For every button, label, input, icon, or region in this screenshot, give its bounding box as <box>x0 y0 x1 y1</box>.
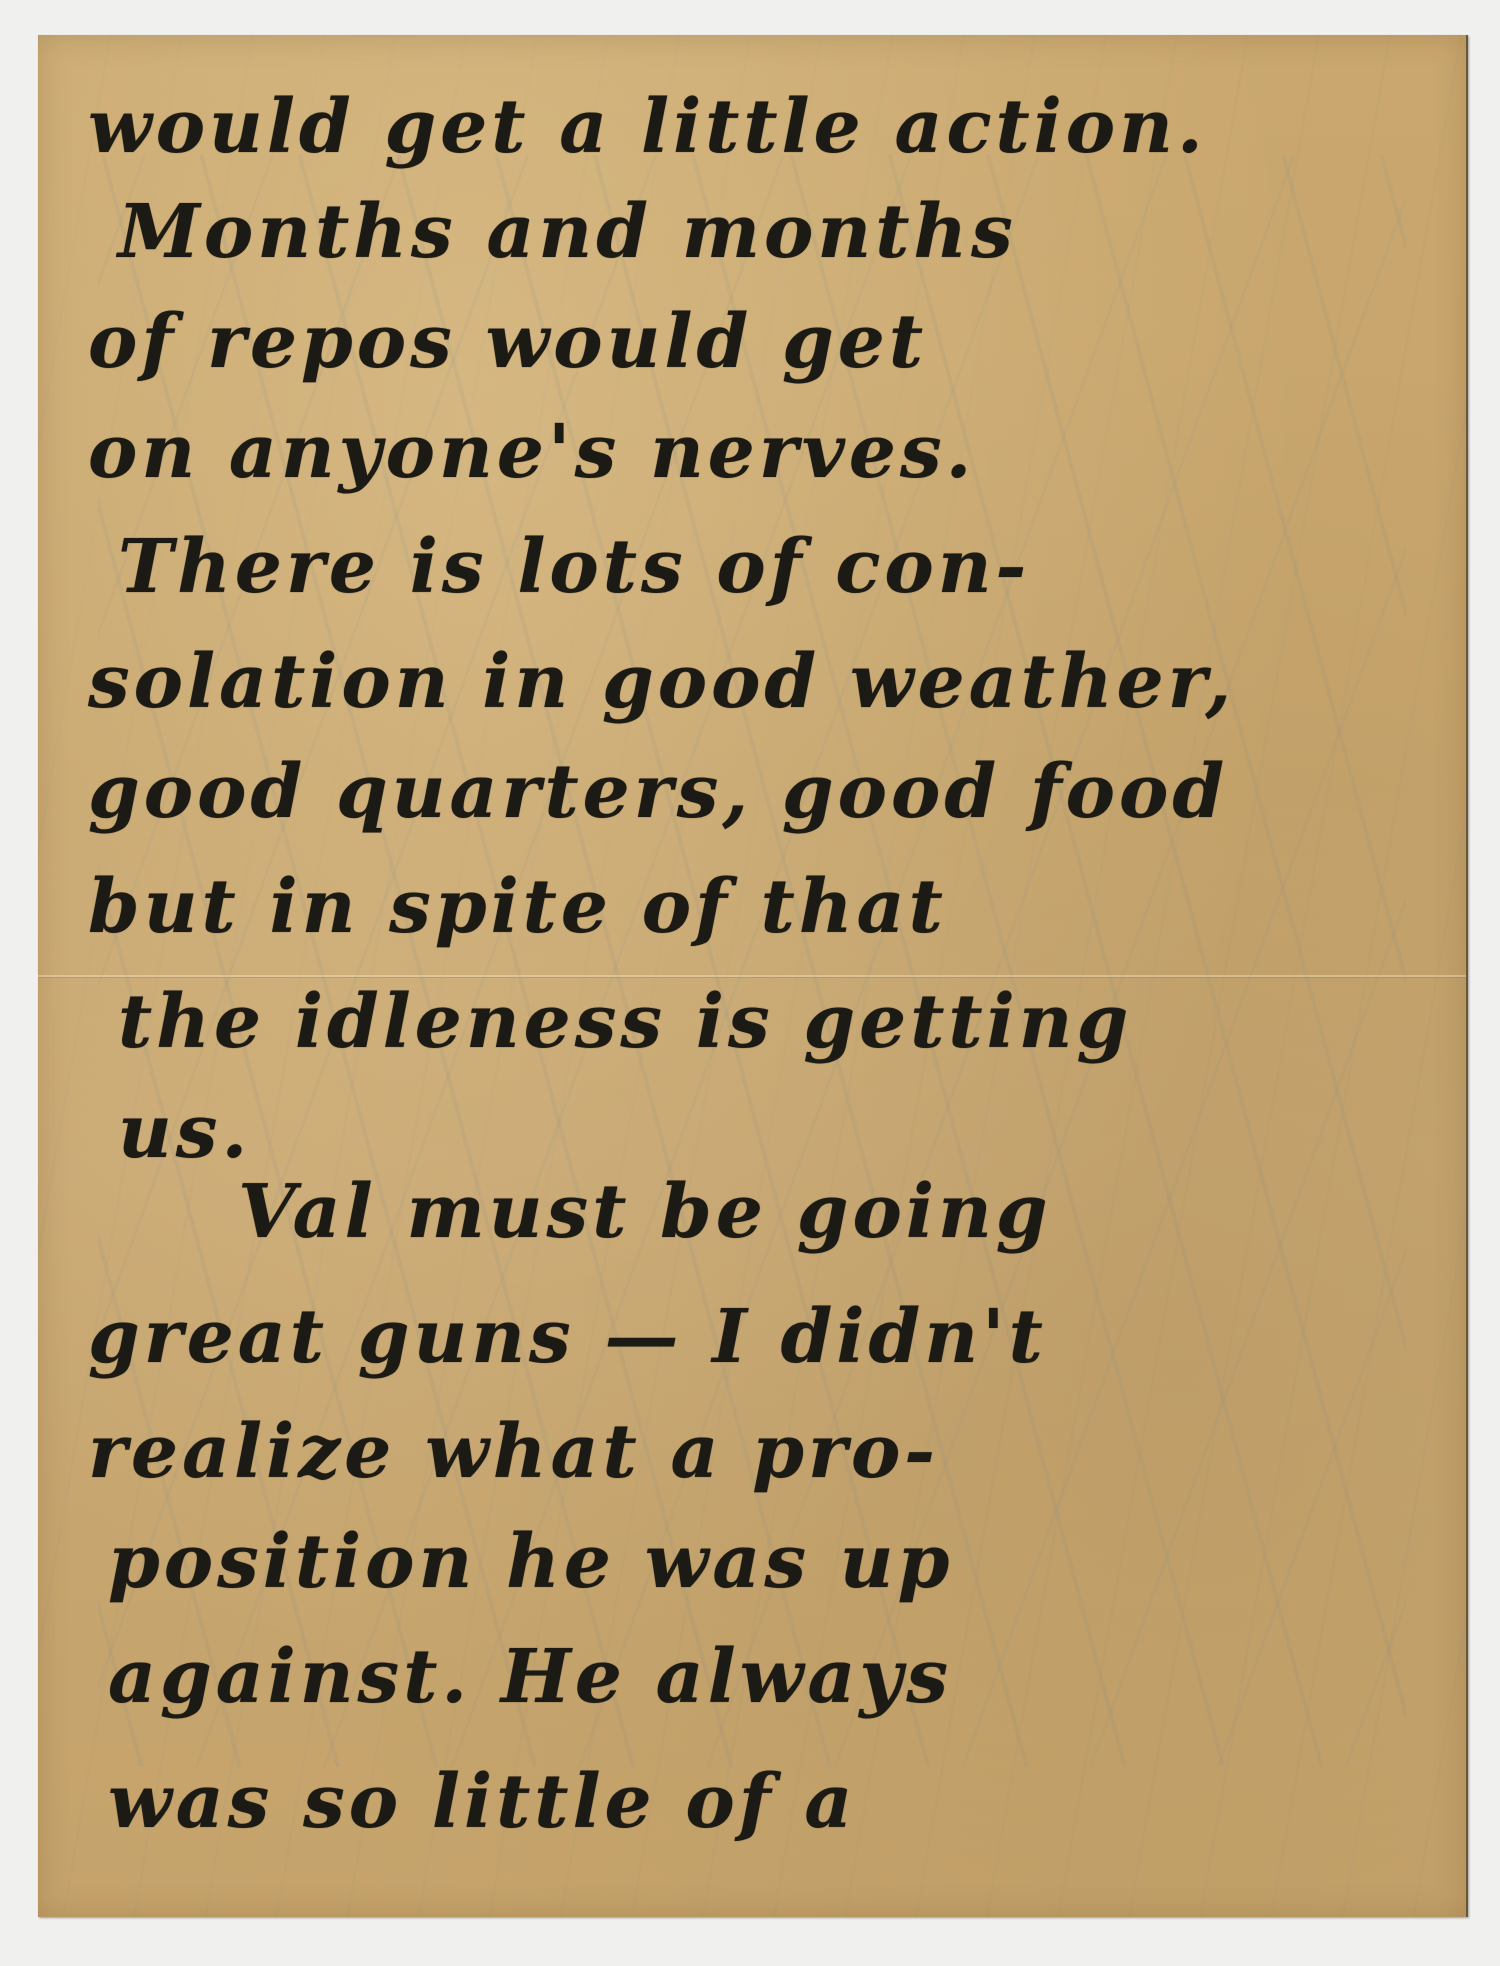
text-line: of repos would get <box>88 305 927 379</box>
text-line: against. He always <box>108 1640 952 1714</box>
text-line: solation in good weather, <box>88 645 1235 719</box>
text-line: good quarters, good food <box>88 755 1228 829</box>
text-line: was so little of a <box>108 1765 856 1839</box>
text-line: on anyone's nerves. <box>88 415 975 489</box>
text-line: position he was up <box>108 1525 953 1599</box>
text-line: Val must be going <box>238 1175 1052 1249</box>
text-line: the idleness is getting <box>118 985 1132 1059</box>
text-line: Months and months <box>118 195 1017 269</box>
paper-fold-crease <box>38 975 1466 977</box>
text-line: realize what a pro- <box>88 1415 939 1489</box>
letter-paper: would get a little action. Months and mo… <box>38 35 1468 1917</box>
text-line: would get a little action. <box>88 90 1207 164</box>
text-line: us. <box>118 1095 251 1169</box>
text-line: great guns — I didn't <box>88 1300 1047 1374</box>
scanned-letter-page: would get a little action. Months and mo… <box>0 0 1500 1966</box>
text-line: There is lots of con- <box>118 530 1030 604</box>
text-line: but in spite of that <box>88 870 947 944</box>
